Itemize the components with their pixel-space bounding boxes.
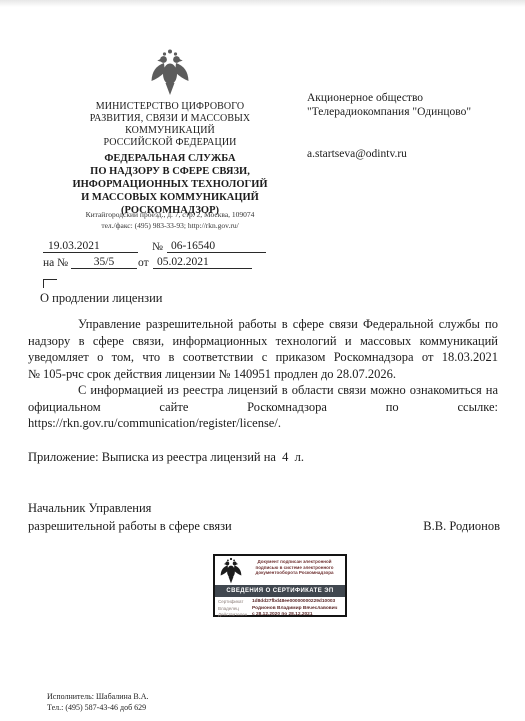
body-line: официальном сайте Роскомнадзора по ссылк… [28, 399, 498, 416]
stamp-row-certificate: Сертификат 1d8dd27fbd48ee00000000229d100… [218, 599, 342, 605]
phone-line: Тел.: (495) 587-43-46 доб 629 [47, 702, 149, 713]
service-line: ИНФОРМАЦИОННЫХ ТЕХНОЛОГИЙ [28, 178, 312, 191]
footer-block: Исполнитель: Шабалина В.А. Тел.: (495) 5… [47, 691, 149, 713]
addressee-name-line: "Телерадиокомпания "Одинцово" [307, 106, 507, 120]
service-line: ПО НАДЗОРУ В СФЕРЕ СВЯЗИ, [28, 165, 312, 178]
reference-row-outgoing: 19.03.2021 № 06-16540 [43, 238, 267, 253]
stamp-label: Действителен [218, 612, 252, 618]
ministry-line: МИНИСТЕРСТВО ЦИФРОВОГО [28, 101, 312, 113]
stamp-header-text: Документ подписан электронной подписью в… [247, 556, 345, 585]
stamp-row-owner: Владелец Родионов Владимир Вячеславович [218, 606, 342, 612]
coat-of-arms-icon [148, 46, 192, 100]
outgoing-number: 06-16540 [167, 240, 266, 253]
outgoing-date: 19.03.2021 [43, 240, 138, 253]
addressee-block: Акционерное общество "Телерадиокомпания … [307, 92, 507, 119]
body-line-url: https://rkn.gov.ru/communication/registe… [28, 415, 498, 432]
body-line: № 105-рчс срок действия лицензии № 14095… [28, 366, 498, 383]
reference-row-incoming: на № 35/5 от 05.02.2021 [43, 254, 267, 269]
subject-line: О продлении лицензии [40, 291, 163, 306]
stamp-value: с 28.12.2020 по 28.12.2021 [252, 612, 342, 618]
reference-block: 19.03.2021 № 06-16540 на № 35/5 от 05.02… [43, 238, 267, 269]
org-address-line: тел./факс: (495) 983-33-93; http://rkn.g… [28, 221, 312, 232]
reply-to-label: на № [43, 257, 71, 269]
stamp-label: Сертификат [218, 599, 252, 605]
stamp-row-validity: Действителен с 28.12.2020 по 28.12.2021 [218, 612, 342, 618]
subject-corner-mark [43, 279, 57, 288]
stamp-label: Владелец [218, 606, 252, 612]
addressee-email: a.startseva@odintv.ru [307, 148, 407, 160]
body-line: надзору в сфере связи, информационных те… [28, 333, 498, 350]
letter-page: МИНИСТЕРСТВО ЦИФРОВОГО РАЗВИТИЯ, СВЯЗИ И… [0, 0, 525, 721]
ministry-line: РОССИЙСКОЙ ФЕДЕРАЦИИ [28, 137, 312, 149]
executor-line: Исполнитель: Шабалина В.А. [47, 691, 149, 702]
eds-stamp: Документ подписан электронной подписью в… [213, 554, 347, 617]
org-address-line: Китайгородский проезд., д. 7, стр. 2, Мо… [28, 210, 312, 221]
number-sign-label: № [152, 241, 167, 253]
service-line: И МАССОВЫХ КОММУНИКАЦИЙ [28, 191, 312, 204]
org-address: Китайгородский проезд., д. 7, стр. 2, Мо… [28, 210, 312, 231]
signer-name: В.В. Родионов [423, 519, 500, 534]
stamp-top-section: Документ подписан электронной подписью в… [215, 556, 345, 585]
signature-row: разрешительной работы в сфере связи В.В.… [28, 519, 500, 534]
stamp-banner: СВЕДЕНИЯ О СЕРТИФИКАТЕ ЭП [215, 585, 345, 597]
incoming-number: 35/5 [71, 256, 137, 269]
signer-title-line1: Начальник Управления [28, 501, 151, 516]
signer-title-line2: разрешительной работы в сфере связи [28, 519, 232, 534]
service-name: ФЕДЕРАЛЬНАЯ СЛУЖБА ПО НАДЗОРУ В СФЕРЕ СВ… [28, 152, 312, 217]
stamp-certificate-details: Сертификат 1d8dd27fbd48ee00000000229d100… [215, 597, 345, 618]
stamp-value: 1d8dd27fbd48ee00000000229d10003 [252, 599, 342, 605]
stamp-value: Родионов Владимир Вячеславович [252, 606, 342, 612]
service-line: ФЕДЕРАЛЬНАЯ СЛУЖБА [28, 152, 312, 165]
ministry-line: КОММУНИКАЦИЙ [28, 125, 312, 137]
ministry-line: РАЗВИТИЯ, СВЯЗИ И МАССОВЫХ [28, 113, 312, 125]
body-line: Управление разрешительной работы в сфере… [28, 316, 498, 333]
addressee-name-line: Акционерное общество [307, 92, 507, 106]
letter-body: Управление разрешительной работы в сфере… [28, 316, 498, 432]
ministry-name: МИНИСТЕРСТВО ЦИФРОВОГО РАЗВИТИЯ, СВЯЗИ И… [28, 101, 312, 149]
stamp-eagle-icon [215, 556, 247, 585]
body-line: С информацией из реестра лицензий в обла… [28, 382, 498, 399]
from-label: от [138, 257, 153, 269]
attachment-line: Приложение: Выписка из реестра лицензий … [28, 450, 304, 465]
body-line: уведомляет о том, что в соответствии с п… [28, 349, 498, 366]
incoming-date: 05.02.2021 [153, 256, 252, 269]
page-top-shadow [0, 0, 525, 7]
